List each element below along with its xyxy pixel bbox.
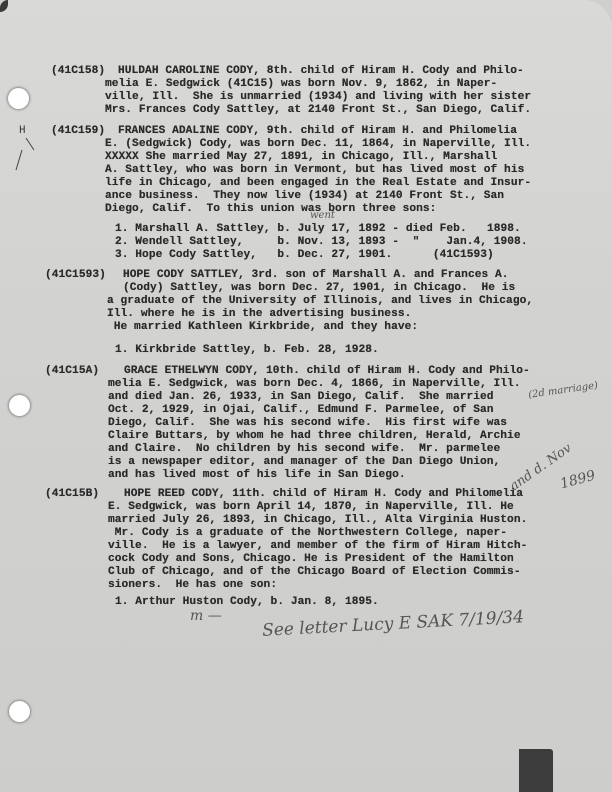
entry-text-line: E. (Sedgwick) Cody, was born Dec. 11, 18…	[105, 138, 531, 151]
entry-text-line: HOPE CODY SATTLEY, 3rd. son of Marshall …	[123, 269, 509, 282]
entry-id: (41C15A)	[45, 365, 99, 378]
handwritten-note-see-letter: See letter Lucy E SAK 7/19/34	[262, 607, 525, 641]
entry-text-line: and Claire. No children by his second wi…	[108, 443, 500, 456]
entry-text-line: HULDAH CAROLINE CODY, 8th. child of Hira…	[118, 65, 524, 78]
entry-id: (41C1593)	[45, 269, 106, 282]
punch-hole-middle	[9, 395, 30, 416]
entry-text-line: life in Chicago, and been engaged in the…	[105, 177, 531, 190]
entry-id: (41C15B)	[45, 488, 99, 501]
entry-text-line: A. Sattley, who was born in Vermont, but…	[105, 164, 524, 177]
entry-text-line: melia E. Sedgwick, was born Dec. 4, 1866…	[108, 378, 521, 391]
entry-id: (41C159)	[51, 125, 105, 138]
handwritten-note-second-marriage: (2d marriage)	[528, 380, 599, 401]
child-line: 3. Hope Cody Sattley, b. Dec. 27, 1901. …	[115, 249, 494, 262]
handwritten-note-m-dash: m —	[190, 608, 222, 624]
entry-text-line: Claire Buttars, by whom he had three chi…	[108, 430, 521, 443]
page-corner-shadow	[0, 0, 8, 12]
entry-text-line: married July 26, 1893, in Chicago, Ill.,…	[108, 514, 527, 527]
entry-text-line: Mr. Cody is a graduate of the Northweste…	[108, 527, 507, 540]
entry-text-line: and has lived most of his life in San Di…	[108, 469, 406, 482]
entry-text-line: melia E. Sedgwick (41C15) was born Nov. …	[105, 78, 497, 91]
entry-text-line: (Cody) Sattley, was born Dec. 27, 1901, …	[123, 282, 515, 295]
entry-text-line: GRACE ETHELWYN CODY, 10th. child of Hira…	[124, 365, 530, 378]
entry-id: (41C158)	[51, 65, 105, 78]
entry-text-line: ance business. They now live (1934) at 2…	[105, 190, 504, 203]
entry-text-line: Diego, Calif. To this union was born thr…	[105, 203, 436, 216]
handwritten-note-1899: 1899	[559, 468, 598, 493]
entry-text-line: a graduate of the University of Illinois…	[107, 295, 533, 308]
entry-text-line: sioners. He has one son:	[108, 579, 277, 592]
scan-tab-mark	[519, 749, 553, 792]
document-page: (41C158) HULDAH CAROLINE CODY, 8th. chil…	[0, 0, 612, 792]
entry-text-line: and died Jan. 26, 1933, in San Diego, Ca…	[108, 391, 494, 404]
entry-text-line: Club of Chicago, and of the Chicago Boar…	[108, 566, 521, 579]
child-line: 1. Arthur Huston Cody, b. Jan. 8, 1895.	[115, 596, 379, 609]
handwritten-note-went: went	[310, 210, 335, 221]
child-line: 1. Kirkbride Sattley, b. Feb. 28, 1928.	[115, 344, 379, 357]
entry-text-line: He married Kathleen Kirkbride, and they …	[107, 321, 418, 334]
child-line: 1. Marshall A. Sattley, b. July 17, 1892…	[115, 223, 521, 236]
entry-text-line: ville, Ill. She is unmarried (1934) and …	[105, 91, 531, 104]
child-line: 2. Wendell Sattley, b. Nov. 13, 1893 - "…	[115, 236, 528, 249]
margin-check-icon	[12, 136, 36, 176]
entry-text-line: E. Sedgwick, was born April 14, 1870, in…	[108, 501, 514, 514]
entry-text-line: Oct. 2, 1929, in Ojai, Calif., Edmund F.…	[108, 404, 494, 417]
punch-hole-top	[8, 88, 29, 109]
entry-text-line: FRANCES ADALINE CODY, 9th. child of Hira…	[118, 125, 517, 138]
entry-text-line: Diego, Calif. She was his second wife. H…	[108, 417, 507, 430]
entry-text-line: XXXXX She married May 27, 1891, in Chica…	[105, 151, 497, 164]
entry-text-line: ville. He is a lawyer, and member of the…	[108, 540, 527, 553]
entry-text-line: Mrs. Frances Cody Sattley, at 2140 Front…	[105, 104, 531, 117]
entry-text-line: cock Cody and Sons, Chicago. He is Presi…	[108, 553, 514, 566]
entry-text-line: is a newspaper editor, and manager of th…	[108, 456, 500, 469]
entry-text-line: HOPE REED CODY, 11th. child of Hiram H. …	[124, 488, 523, 501]
punch-hole-bottom	[9, 701, 30, 722]
entry-text-line: Ill. where he is in the advertising busi…	[107, 308, 411, 321]
